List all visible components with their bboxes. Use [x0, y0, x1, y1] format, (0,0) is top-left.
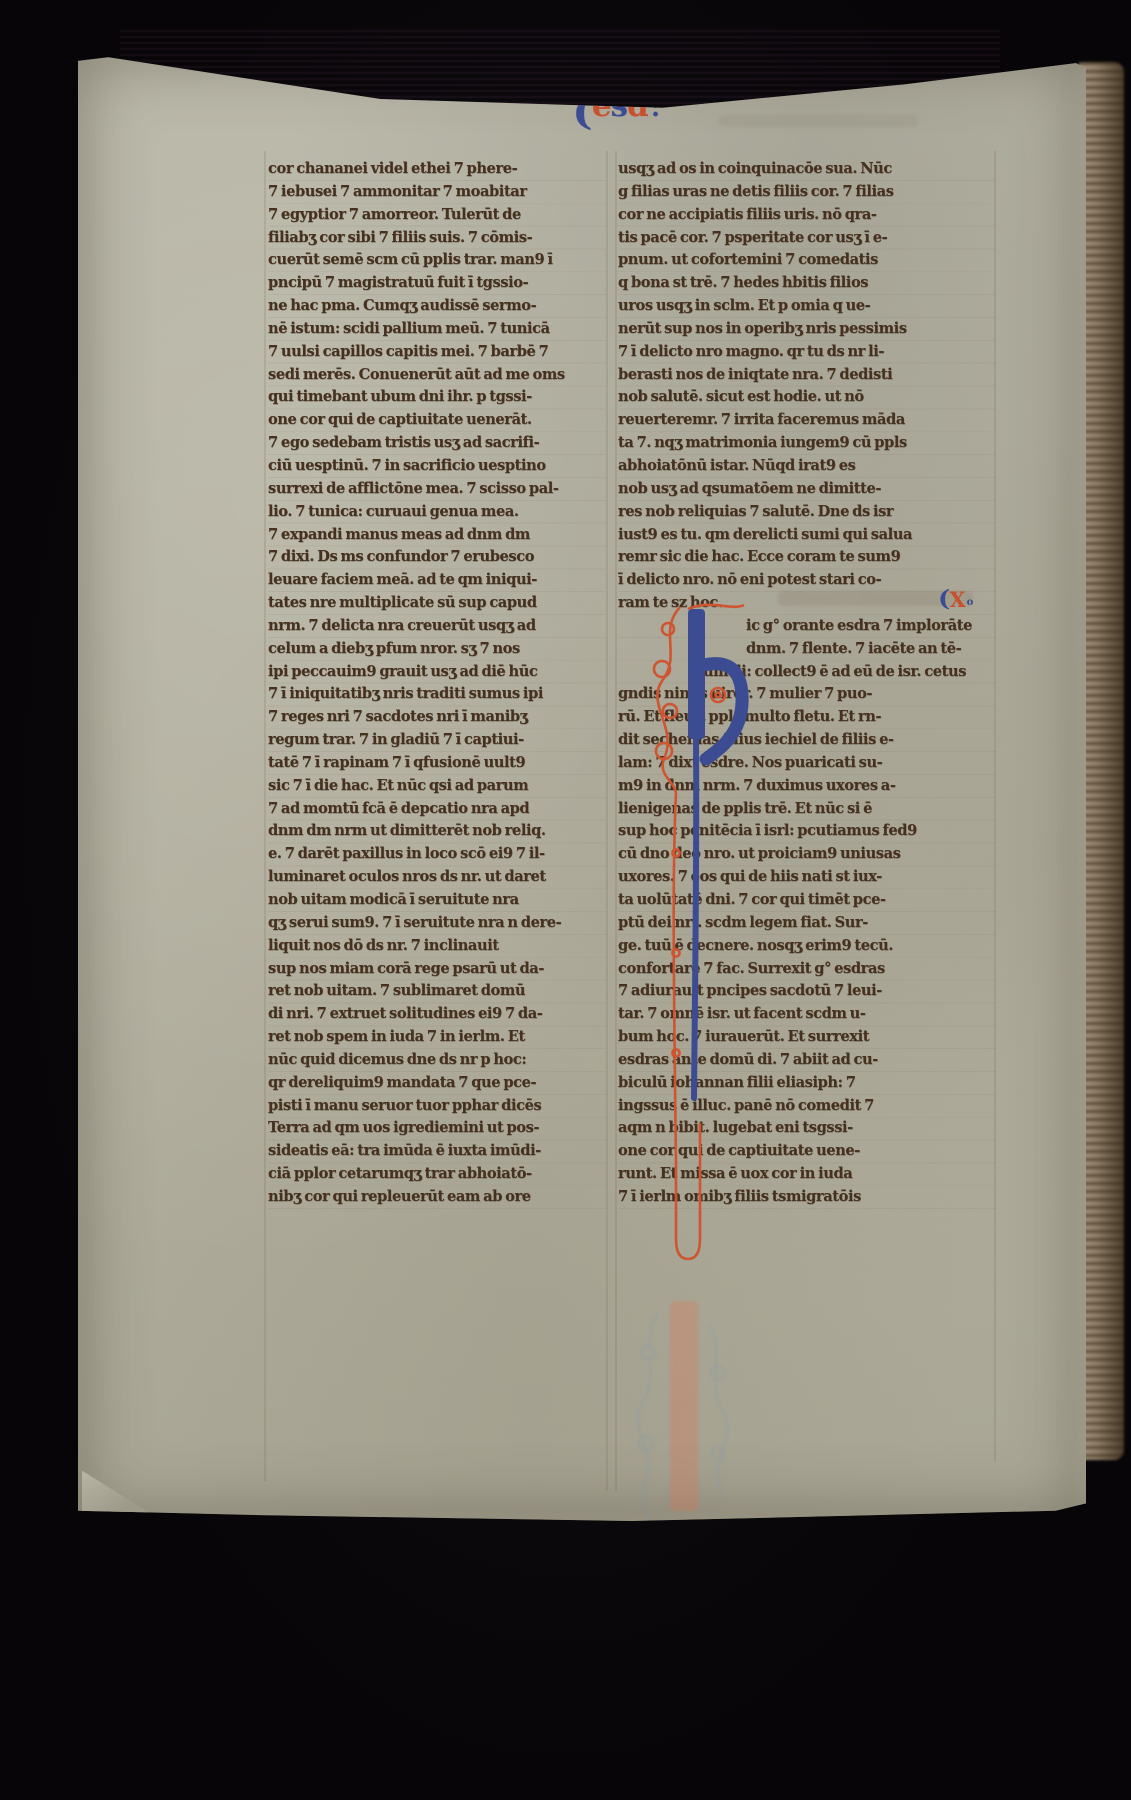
manuscript-text-line: cor chananei videl ethei 7 phere-	[268, 158, 606, 181]
photo-background: ~ a ( e s d : cor chananei videl ethei 7…	[0, 0, 1131, 1800]
manuscript-text-line: e. 7 darēt paxillus in loco scō ei9 7 il…	[268, 843, 606, 866]
manuscript-text-line: nob uitam modicā ī seruitute nra	[268, 889, 606, 912]
manuscript-text-line: regum trar. 7 in gladiū 7 ī captiui-	[268, 729, 606, 752]
manuscript-text-line: liquit nos dō ds nr. 7 inclinauit	[268, 935, 606, 958]
manuscript-text-line: abhoiatōnū istar. Nūqd irat9 es	[618, 455, 996, 478]
manuscript-text-line: nrm. 7 delicta nra creuerūt usqʒ ad	[268, 615, 606, 638]
initial-blue-body	[688, 609, 742, 1098]
manuscript-text-line: 7 egyptior 7 amorreor. Tulerūt de	[268, 204, 606, 227]
manuscript-text-line: berasti nos de iniqtate nra. 7 dedisti	[618, 364, 996, 387]
manuscript-text-line: surrexi de afflictōne mea. 7 scisso pal-	[268, 478, 606, 501]
manuscript-text-line: res nob reliquias 7 salutē. Dne ds isr	[618, 501, 996, 524]
manuscript-text-line: 7 dixi. Ds ms confundor 7 erubesco	[268, 546, 606, 569]
manuscript-text-line: tates nre multiplicate sū sup capud	[268, 592, 606, 615]
manuscript-text-line: ret nob uitam. 7 sublimaret domū	[268, 980, 606, 1003]
initial-artwork	[576, 603, 751, 1303]
manuscript-text-line: ta 7. nqʒ matrimonia iungem9 cū ppls	[618, 432, 996, 455]
manuscript-text-line: Terra ad qm uos igrediemini ut pos-	[268, 1117, 606, 1140]
text-column-left: cor chananei videl ethei 7 phere-7 iebus…	[268, 158, 606, 1209]
manuscript-text-line: filiabʒ cor sibi 7 filiis suis. 7 cōmis-	[268, 227, 606, 250]
manuscript-text-line: ne hac pma. Cumqʒ audissē sermo-	[268, 295, 606, 318]
illuminated-initial-h: h	[576, 603, 751, 1303]
manuscript-text-line: cor ne accipiatis filiis uris. nō qra-	[618, 204, 996, 227]
chapter-numeral: X	[949, 589, 965, 610]
manuscript-text-line: 7 ī iniquitatibʒ nris traditi sumus ipi	[268, 683, 606, 706]
manuscript-text-line: leuare faciem meā. ad te qm iniqui-	[268, 569, 606, 592]
manuscript-text-line: tatē 7 ī rapinam 7 ī qfusionē uult9	[268, 752, 606, 775]
manuscript-text-line: ciā pplor cetarumqʒ trar abhoiatō-	[268, 1163, 606, 1186]
manuscript-text-line: nibʒ cor qui repleuerūt eam ab ore	[268, 1186, 606, 1209]
manuscript-text-line: iust9 es tu. qm derelicti sumi qui salua	[618, 524, 996, 547]
manuscript-text-line: qui timebant ubum dni ihr. p tgssi-	[268, 386, 606, 409]
ghost-initial-offset	[618, 1283, 748, 1548]
manuscript-text-line: nob usʒ ad qsumatōem ne dimitte-	[618, 478, 996, 501]
manuscript-text-line: 7 reges nri 7 sacdotes nri ī manibʒ	[268, 706, 606, 729]
manuscript-text-line: sideatis eā: tra imūda ē iuxta imūdi-	[268, 1140, 606, 1163]
chapter-marker: ( X o	[938, 586, 973, 612]
manuscript-text-line: uros usqʒ in sclm. Et p omia q ue-	[618, 295, 996, 318]
manuscript-leaf: ~ a ( e s d : cor chananei videl ethei 7…	[78, 55, 1086, 1521]
chapter-numeral-suffix: o	[967, 598, 974, 608]
manuscript-text-line: nerūt sup nos in operibʒ nris pessimis	[618, 318, 996, 341]
manuscript-text-line: 7 ī delicto nro magno. qr tu ds nr li-	[618, 341, 996, 364]
lifted-page-corner	[82, 1455, 156, 1517]
paraph-mark-icon: (	[938, 588, 950, 610]
manuscript-text-line: celum a diebʒ pfum nror. sʒ 7 nos	[268, 638, 606, 661]
manuscript-text-line: ciū uesptinū. 7 in sacrificio uesptino	[268, 455, 606, 478]
show-through-smudge	[718, 115, 918, 127]
manuscript-text-line: tis pacē cor. 7 psperitate cor usʒ ī e-	[618, 227, 996, 250]
manuscript-text-line: nūc quid dicemus dne ds nr p hoc:	[268, 1049, 606, 1072]
manuscript-text-line: 7 iebusei 7 ammonitar 7 moabitar	[268, 181, 606, 204]
manuscript-text-line: reuerteremr. 7 irrita faceremus māda	[618, 409, 996, 432]
manuscript-text-line: 7 ad momtū fcā ē depcatio nra apd	[268, 798, 606, 821]
manuscript-text-line: g filias uras ne detis filiis cor. 7 fil…	[618, 181, 996, 204]
manuscript-text-line: sup nos miam corā rege psarū ut da-	[268, 958, 606, 981]
manuscript-text-line: nob salutē. sicut est hodie. ut nō	[618, 386, 996, 409]
manuscript-text-line: cuerūt semē scm cū pplis trar. man9 ī	[268, 249, 606, 272]
manuscript-text-line: sic 7 ī die hac. Et nūc qsi ad parum	[268, 775, 606, 798]
ruling-line	[264, 151, 266, 1481]
manuscript-text-line: dnm dm nrm ut dimitterēt nob reliq.	[268, 820, 606, 843]
manuscript-text-line: qr dereliquim9 mandata 7 que pce-	[268, 1072, 606, 1095]
manuscript-text-line: remr sic die hac. Ecce coram te sum9	[618, 546, 996, 569]
manuscript-text-line: sedi merēs. Conuenerūt aūt ad me oms	[268, 364, 606, 387]
manuscript-text-line: di nri. 7 extruet solitudines ei9 7 da-	[268, 1003, 606, 1026]
manuscript-text-line: 7 expandi manus meas ad dnm dm	[268, 524, 606, 547]
manuscript-text-line: nē istum: scidi pallium meū. 7 tunicā	[268, 318, 606, 341]
manuscript-text-line: pnum. ut cofortemini 7 comedatis	[618, 249, 996, 272]
manuscript-text-line: pncipū 7 magistratuū fuit ī tgssio-	[268, 272, 606, 295]
manuscript-text-line: usqʒ ad os in coinquinacōe sua. Nūc	[618, 158, 996, 181]
manuscript-text-line: pisti ī manu seruor tuor pphar dicēs	[268, 1095, 606, 1118]
manuscript-text-line: 7 ego sedebam tristis usʒ ad sacrifi-	[268, 432, 606, 455]
manuscript-text-line: lio. 7 tunica: curuaui genua mea.	[268, 501, 606, 524]
manuscript-text-line: qʒ serui sum9. 7 ī seruitute nra n dere-	[268, 912, 606, 935]
manuscript-text-line: q bona st trē. 7 hedes hbitis filios	[618, 272, 996, 295]
manuscript-text-line: 7 uulsi capillos capitis mei. 7 barbē 7	[268, 341, 606, 364]
manuscript-text-line: ret nob spem in iuda 7 in ierlm. Et	[268, 1026, 606, 1049]
manuscript-text-line: one cor qui de captiuitate uenerāt.	[268, 409, 606, 432]
manuscript-text-line: ipi peccauim9 grauit usʒ ad diē hūc	[268, 661, 606, 684]
manuscript-text-line: luminaret oculos nros ds nr. ut daret	[268, 866, 606, 889]
initial-letter-value: h	[576, 603, 580, 610]
